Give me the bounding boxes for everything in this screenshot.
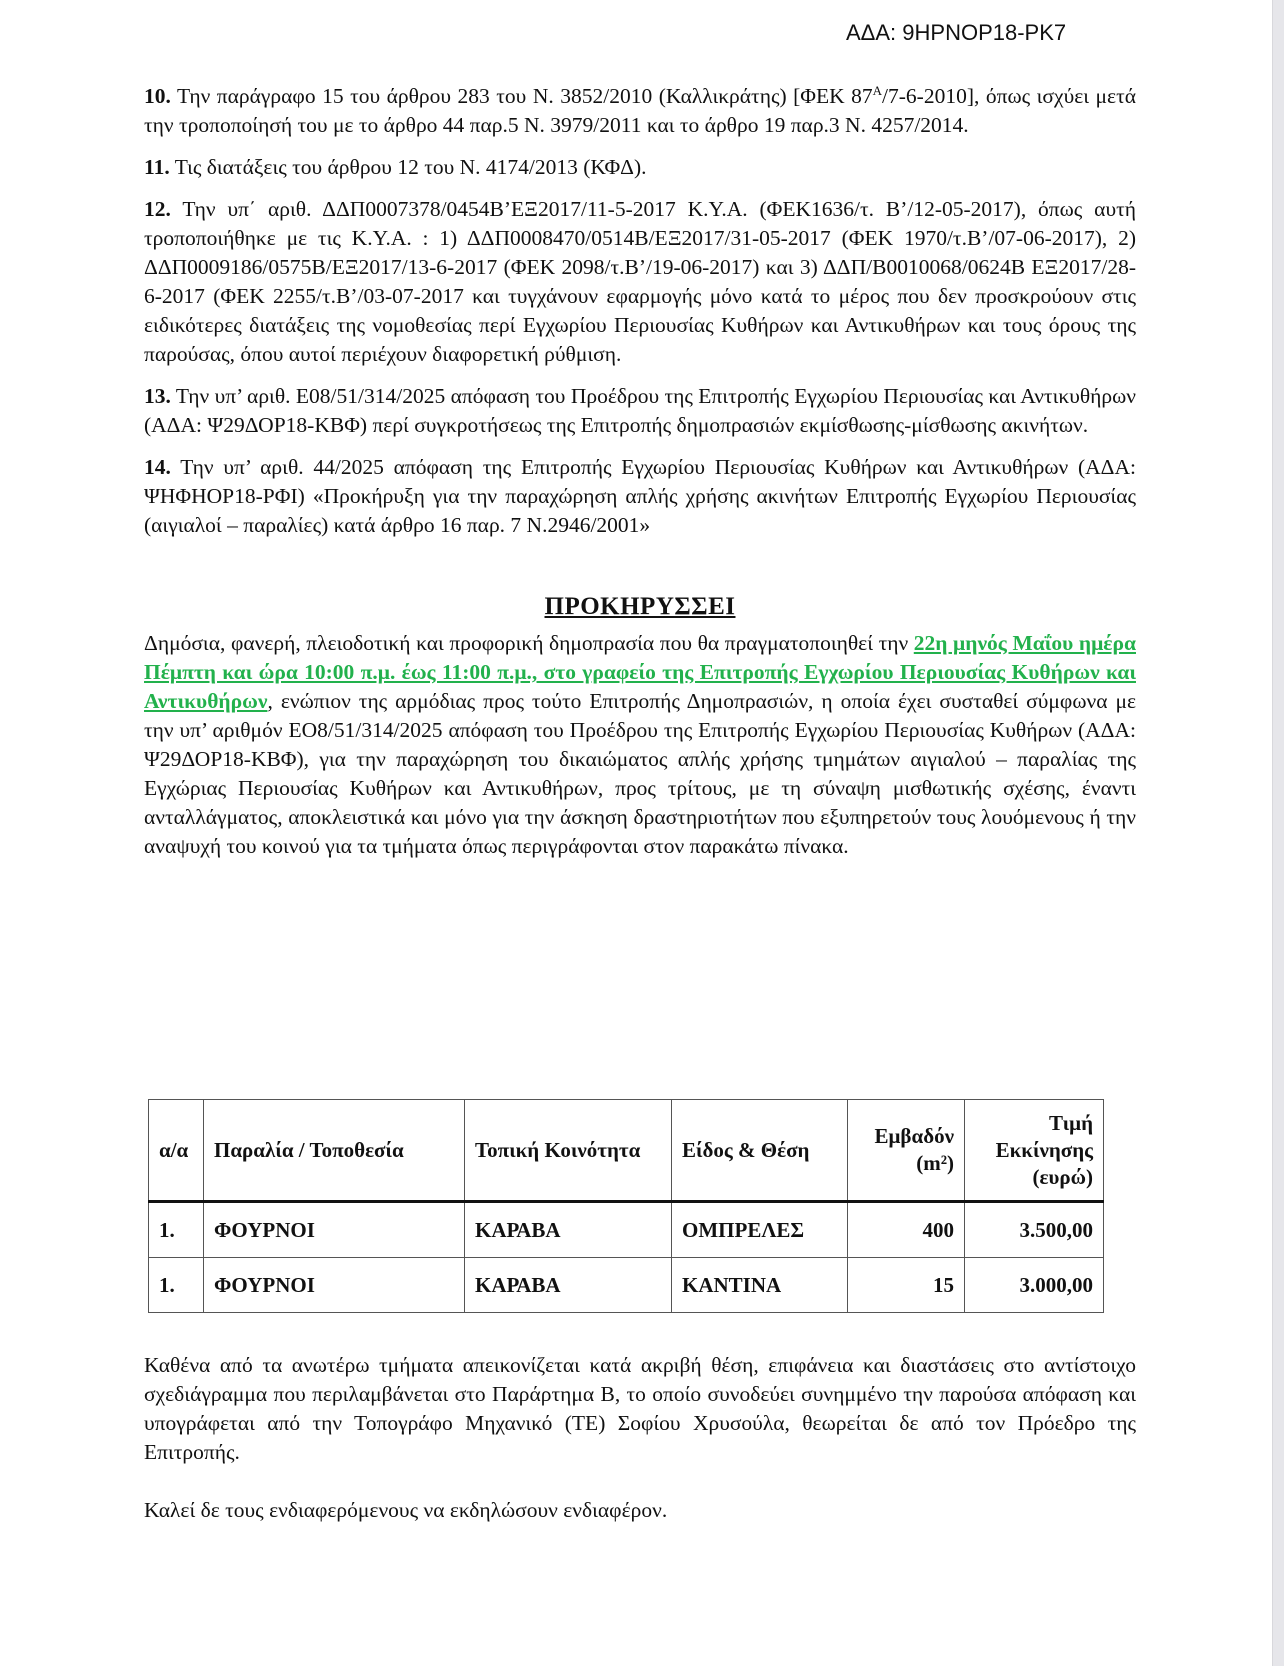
item-text: Τις διατάξεις του άρθρου 12 του Ν. 4174/… (175, 155, 647, 179)
cell-beach: ΦΟΥΡΝΟΙ (204, 1202, 465, 1258)
item-text: Την υπ’ αριθ. 44/2025 απόφαση της Επιτρο… (144, 455, 1136, 537)
item-text: Την υπ΄ αριθ. ΔΔΠ0007378/0454Β’ΕΞ2017/11… (144, 197, 1136, 366)
announcement-rest: , ενώπιον της αρμόδιας προς τούτο Επιτρο… (144, 689, 1136, 858)
item-14: 14. Την υπ’ αριθ. 44/2025 απόφαση της Επ… (144, 453, 1136, 540)
col-header-community: Τοπική Κοινότητα (465, 1100, 672, 1202)
document-page: ΑΔΑ: 9ΗΡΝΟΡ18-ΡΚ7 10. Την παράγραφο 15 τ… (0, 0, 1273, 1666)
item-11: 11. Τις διατάξεις του άρθρου 12 του Ν. 4… (144, 153, 1136, 182)
item-number: 13. (144, 384, 171, 408)
item-12: 12. Την υπ΄ αριθ. ΔΔΠ0007378/0454Β’ΕΞ201… (144, 195, 1136, 369)
cell-area: 15 (848, 1258, 965, 1313)
cell-area: 400 (848, 1202, 965, 1258)
cell-community: ΚΑΡΑΒΑ (465, 1258, 672, 1313)
item-text: Την υπ’ αριθ. Ε08/51/314/2025 απόφαση το… (144, 384, 1136, 437)
item-number: 10. (144, 84, 171, 108)
item-number: 11. (144, 155, 170, 179)
announcement-intro: Δημόσια, φανερή, πλειοδοτική και προφορι… (144, 631, 914, 655)
section-heading: ΠΡΟΚΗΡΥΣΣΕΙ (144, 592, 1136, 621)
superscript: Α (873, 83, 882, 98)
cell-price: 3.500,00 (965, 1202, 1104, 1258)
item-13: 13. Την υπ’ αριθ. Ε08/51/314/2025 απόφασ… (144, 382, 1136, 440)
table-header-row: α/α Παραλία / Τοποθεσία Τοπική Κοινότητα… (149, 1100, 1104, 1202)
announcement-paragraph: Δημόσια, φανερή, πλειοδοτική και προφορι… (144, 629, 1136, 861)
cell-aa: 1. (149, 1202, 204, 1258)
col-header-price: Τιμή Εκκίνησης (ευρώ) (965, 1100, 1104, 1202)
cell-price: 3.000,00 (965, 1258, 1104, 1313)
closing-paragraph: Καθένα από τα ανωτέρω τμήματα απεικονίζε… (144, 1351, 1136, 1467)
col-header-aa: α/α (149, 1100, 204, 1202)
col-header-beach: Παραλία / Τοποθεσία (204, 1100, 465, 1202)
col-header-type: Είδος & Θέση (672, 1100, 848, 1202)
item-10: 10. Την παράγραφο 15 του άρθρου 283 του … (144, 76, 1136, 140)
cell-type: ΟΜΠΡΕΛΕΣ (672, 1202, 848, 1258)
col-header-area: Εμβαδόν (m²) (848, 1100, 965, 1202)
closing-section: Καθένα από τα ανωτέρω τμήματα απεικονίζε… (144, 1351, 1136, 1554)
cell-type: ΚΑΝΤΙΝΑ (672, 1258, 848, 1313)
item-text: Την παράγραφο 15 του άρθρου 283 του Ν. 3… (177, 84, 873, 108)
table-row: 1. ΦΟΥΡΝΟΙ ΚΑΡΑΒΑ ΚΑΝΤΙΝΑ 15 3.000,00 (149, 1258, 1104, 1313)
cell-beach: ΦΟΥΡΝΟΙ (204, 1258, 465, 1313)
table-row: 1. ΦΟΥΡΝΟΙ ΚΑΡΑΒΑ ΟΜΠΡΕΛΕΣ 400 3.500,00 (149, 1202, 1104, 1258)
item-number: 14. (144, 455, 171, 479)
document-body: 10. Την παράγραφο 15 του άρθρου 283 του … (144, 76, 1136, 874)
auction-table: α/α Παραλία / Τοποθεσία Τοπική Κοινότητα… (148, 1099, 1104, 1313)
item-number: 12. (144, 197, 171, 221)
closing-call: Καλεί δε τους ενδιαφερόμενους να εκδηλώσ… (144, 1496, 1136, 1525)
ada-code: ΑΔΑ: 9ΗΡΝΟΡ18-ΡΚ7 (846, 20, 1066, 46)
cell-aa: 1. (149, 1258, 204, 1313)
cell-community: ΚΑΡΑΒΑ (465, 1202, 672, 1258)
